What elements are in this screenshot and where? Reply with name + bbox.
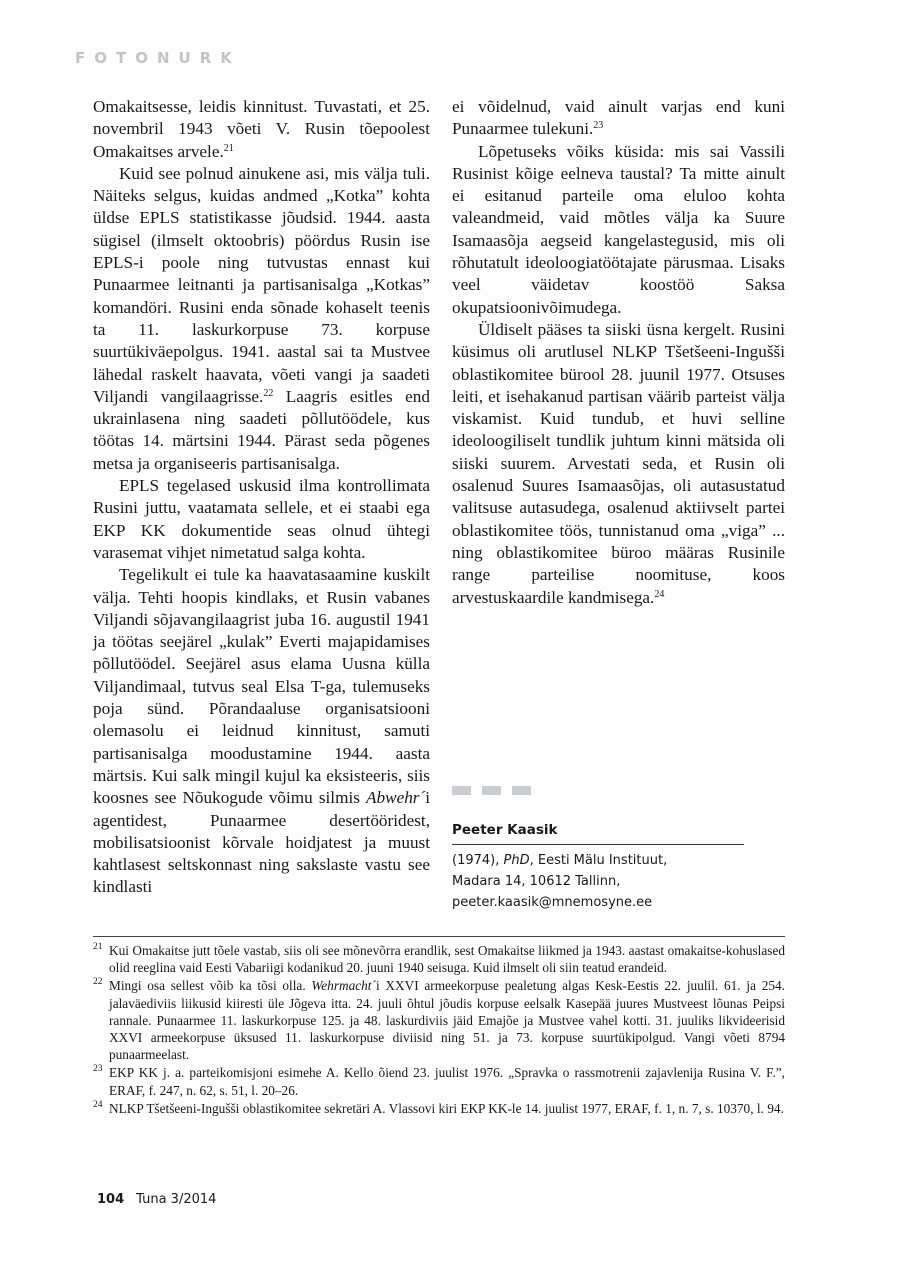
section-header: FOTONURK (75, 49, 241, 67)
footnote-ref[interactable]: 22 (263, 388, 273, 399)
page-footer: 104Tuna 3/2014 (97, 1192, 216, 1207)
author-address: Madara 14, 10612 Tallinn, (452, 871, 744, 892)
page-number: 104 (97, 1192, 124, 1207)
footnote: 23EKP KK j. a. parteikomisjoni esimehe A… (93, 1064, 785, 1098)
right-column: ei võidelnud, vaid ainult varjas end kun… (452, 96, 785, 609)
separator-block (482, 786, 501, 795)
paragraph: Üldiselt pääses ta siiski üsna kergelt. … (452, 319, 785, 609)
paragraph: Kuid see polnud ainukene asi, mis välja … (93, 163, 430, 475)
publication-title: Tuna 3/2014 (136, 1192, 216, 1207)
author-info: (1974), PhD, Eesti Mälu Instituut, Madar… (452, 850, 744, 913)
paragraph: EPLS tegelased uskusid ilma kontrollimat… (93, 475, 430, 564)
author-block: Peeter Kaasik (1974), PhD, Eesti Mälu In… (452, 822, 744, 913)
section-separator (452, 786, 531, 795)
footnote: 22Mingi osa sellest võib ka tõsi olla. W… (93, 977, 785, 1063)
author-name: Peeter Kaasik (452, 822, 744, 845)
paragraph: Omakaitsesse, leidis kinnitust. Tuvastat… (93, 96, 430, 163)
footnotes: 21Kui Omakaitse jutt tõele vastab, siis … (93, 942, 785, 1118)
footnote-divider (93, 936, 785, 937)
footnote: 21Kui Omakaitse jutt tõele vastab, siis … (93, 942, 785, 976)
paragraph: ei võidelnud, vaid ainult varjas end kun… (452, 96, 785, 141)
footnote-ref[interactable]: 24 (654, 589, 664, 600)
footnote: 24NLKP Tšetšeeni-Ingušši oblastikomitee … (93, 1100, 785, 1117)
paragraph: Lõpetuseks võiks küsida: mis sai Vassili… (452, 141, 785, 319)
footnote-ref[interactable]: 21 (224, 143, 234, 154)
footnote-ref[interactable]: 23 (593, 120, 603, 131)
separator-block (452, 786, 471, 795)
author-email[interactable]: peeter.kaasik@mnemosyne.ee (452, 892, 744, 913)
paragraph: Tegelikult ei tule ka haavatasaamine kus… (93, 564, 430, 898)
separator-block (512, 786, 531, 795)
left-column: Omakaitsesse, leidis kinnitust. Tuvastat… (93, 96, 430, 899)
